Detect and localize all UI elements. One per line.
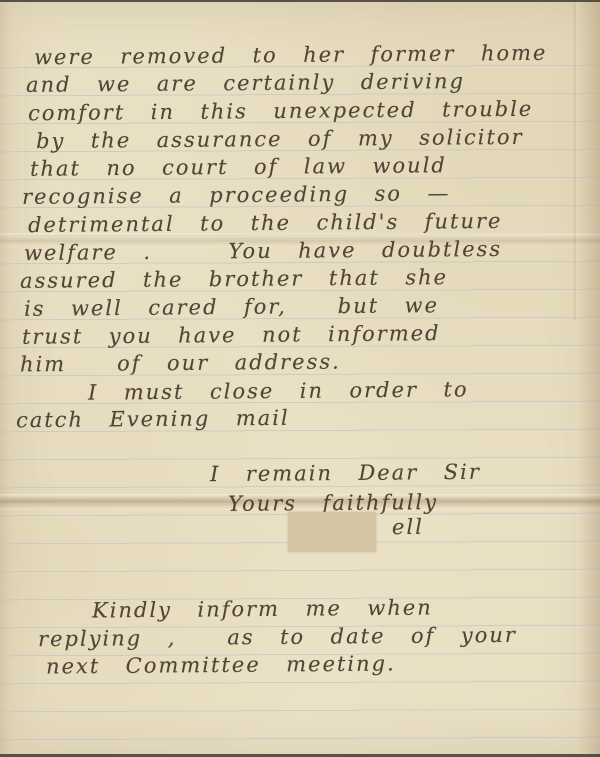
handwritten-line: him of our address. [20,349,341,378]
right-edge-shadow [578,0,600,757]
handwritten-line: that no court of law would [30,152,447,182]
handwritten-line: and we are certainly deriving [26,68,465,98]
handwritten-line: recognise a proceeding so — [22,180,451,210]
left-edge-shadow [0,0,10,757]
handwritten-line: catch Evening mail [16,405,290,433]
redaction-box [288,512,376,552]
handwritten-line: by the assurance of my solicitor [36,124,524,154]
postscript-line: Kindly inform me when [92,595,433,624]
signature-fragment: ell [392,514,424,540]
closing-line: I remain Dear Sir [210,459,481,487]
handwritten-line: assured the brother that she [20,264,448,294]
handwritten-line: were removed to her former home [34,40,548,70]
postscript-line: replying , as to date of your [38,622,517,652]
handwritten-line: welfare . You have doubtless [24,236,502,266]
scan-edge-top [0,0,600,2]
handwritten-line: comfort in this unexpected trouble [28,96,534,126]
handwritten-line: I must close in order to [88,376,469,405]
handwritten-line: trust you have not informed [22,320,441,350]
letter-page: were removed to her former home and we a… [0,0,600,757]
handwritten-line: detrimental to the child's future [28,208,503,238]
handwritten-line: is well cared for, but we [24,292,439,322]
postscript-line: next Committee meeting. [46,650,396,679]
